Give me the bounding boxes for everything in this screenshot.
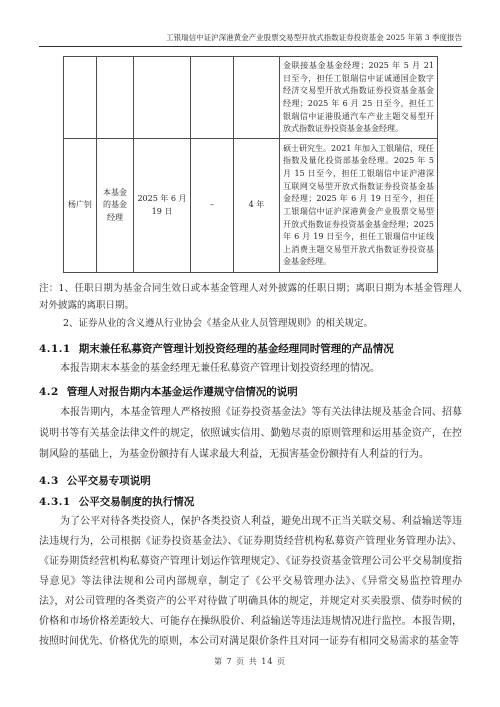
table-cell-description: 金联接基金基金经理；2025 年 5 月 21 日至今，担任工银瑞信中证诚通国企… [280, 57, 438, 139]
table-cell-position [97, 57, 134, 139]
page-content: 工银瑞信中证沪深港黄金产业股票交易型开放式指数证券投资基金 2025 年第 3 … [39, 33, 462, 652]
fund-manager-table: 金联接基金基金经理；2025 年 5 月 21 日至今，担任工银瑞信中证诚通国企… [63, 56, 438, 273]
table-cell-position: 本基金的基金经理 [97, 139, 134, 273]
table-cell-years [234, 57, 280, 139]
section-heading-4-3-1: 4.3.1公平交易制度的执行情况 [39, 496, 462, 509]
table-cell-name [64, 57, 97, 139]
section-heading-4-2: 4.2管理人对报告期内本基金运作遵规守信情况的说明 [39, 386, 462, 399]
page-number: 第 7 页 共 14 页 [214, 657, 286, 666]
table-cell-start-date [134, 57, 191, 139]
table-cell-years: 4 年 [234, 139, 280, 273]
section-heading-4-1-1: 4.1.1期末兼任私募资产管理计划投资经理的基金经理同时管理的产品情况 [39, 343, 462, 356]
section-title: 公平交易制度的执行情况 [79, 496, 195, 508]
section-body-4-3-1: 为了公平对待各类投资人，保护各类投资人利益，避免出现不正当关联交易、利益输送等违… [39, 512, 462, 652]
table-cell-start-date: 2025 年 6 月 19 日 [134, 139, 191, 273]
table-cell-leave-date: – [191, 139, 234, 273]
table-cell-description: 硕士研究生。2021 年加入工银瑞信，现任指数及量化投资部基金经理。2025 年… [280, 139, 438, 273]
report-page: 工银瑞信中证沪深港黄金产业股票交易型开放式指数证券投资基金 2025 年第 3 … [0, 0, 500, 707]
table-row-manager: 杨广钊 本基金的基金经理 2025 年 6 月 19 日 – 4 年 硕士研究生… [64, 139, 438, 273]
section-title: 公平交易专项说明 [67, 475, 151, 487]
table-cell-leave-date [191, 57, 234, 139]
section-number: 4.3 [39, 475, 59, 487]
section-title: 期末兼任私募资产管理计划投资经理的基金经理同时管理的产品情况 [79, 343, 394, 355]
section-body-4-2: 本报告期内，本基金管理人严格按照《证券投资基金法》等有关法律法规及基金合同、招募… [39, 402, 462, 465]
report-title: 工银瑞信中证沪深港黄金产业股票交易型开放式指数证券投资基金 2025 年第 3 … [166, 33, 462, 42]
page-footer: 第 7 页 共 14 页 [0, 656, 500, 667]
table-cell-name: 杨广钊 [64, 139, 97, 273]
section-body-4-1-1: 本报告期末本基金的基金经理无兼任私募资产管理计划投资经理的情况。 [39, 359, 462, 379]
section-number: 4.2 [39, 386, 59, 398]
table-row-continuation: 金联接基金基金经理；2025 年 5 月 21 日至今，担任工银瑞信中证诚通国企… [64, 57, 438, 139]
page-header: 工银瑞信中证沪深港黄金产业股票交易型开放式指数证券投资基金 2025 年第 3 … [39, 33, 462, 47]
section-number: 4.1.1 [39, 343, 71, 355]
section-heading-4-3: 4.3公平交易专项说明 [39, 475, 462, 488]
table-note-1: 注：1、任职日期为基金合同生效日或本基金管理人对外披露的任职日期；离职日期为本基… [39, 280, 462, 314]
table-note-2: 2、证券从业的含义遵从行业协会《基金从业人员管理规则》的相关规定。 [39, 315, 462, 332]
section-number: 4.3.1 [39, 496, 71, 508]
section-title: 管理人对报告期内本基金运作遵规守信情况的说明 [67, 386, 298, 398]
